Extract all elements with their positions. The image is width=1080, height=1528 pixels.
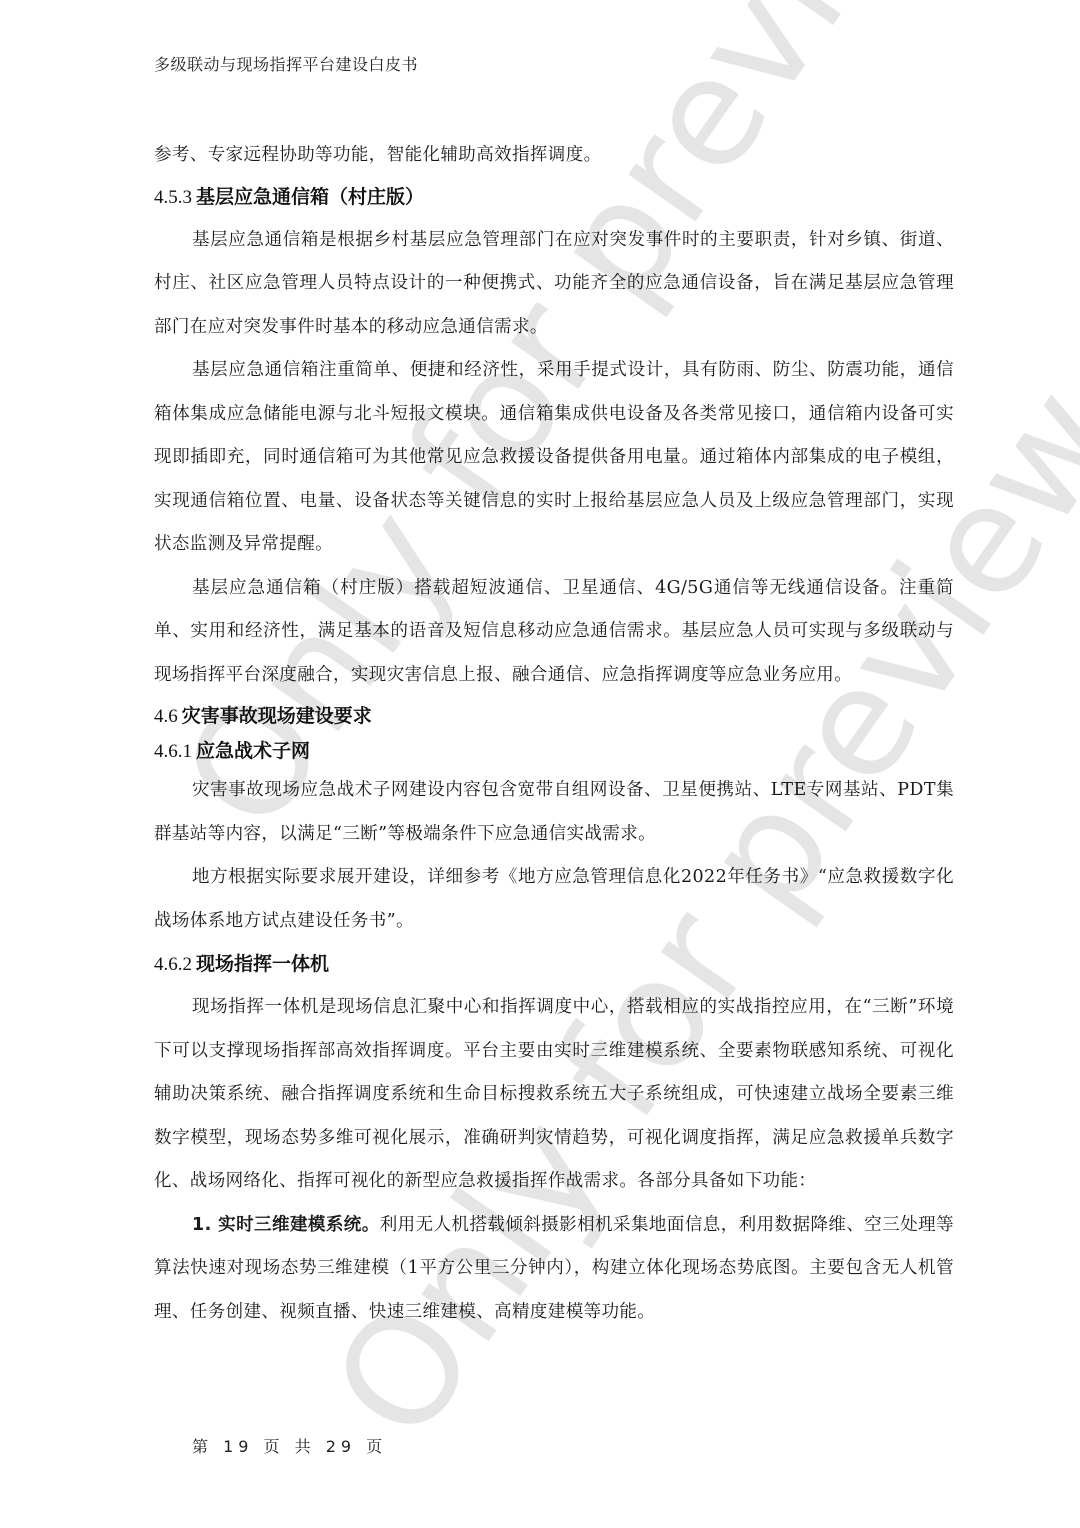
paragraph: 现场指挥一体机是现场信息汇聚中心和指挥调度中心，搭载相应的实战指控应用，在“三断… [154, 986, 954, 1204]
section-number: 4.6 [154, 706, 178, 727]
section-title: 应急战术子网 [196, 740, 310, 762]
page-content: 参考、专家远程协助等功能，智能化辅助高效指挥调度。 4.5.3基层应急通信箱（村… [154, 134, 954, 1334]
section-number: 4.6.1 [154, 741, 192, 762]
section-title: 现场指挥一体机 [196, 953, 329, 975]
paragraph: 基层应急通信箱注重简单、便捷和经济性，采用手提式设计，具有防雨、防尘、防震功能，… [154, 349, 954, 567]
section-title: 灾害事故现场建设要求 [182, 705, 372, 727]
continued-paragraph: 参考、专家远程协助等功能，智能化辅助高效指挥调度。 [154, 134, 954, 178]
section-title: 基层应急通信箱（村庄版） [196, 186, 424, 208]
heading-4-6: 4.6灾害事故现场建设要求 [154, 699, 954, 734]
page-footer: 第 19 页 共 29 页 [192, 1434, 387, 1457]
section-number: 4.5.3 [154, 187, 192, 208]
paragraph: 基层应急通信箱是根据乡村基层应急管理部门在应对突发事件时的主要职责，针对乡镇、街… [154, 219, 954, 350]
paragraph: 灾害事故现场应急战术子网建设内容包含宽带自组网设备、卫星便携站、LTE专网基站、… [154, 769, 954, 856]
item-lead: 1. 实时三维建模系统。 [192, 1215, 380, 1235]
document-page: Only for preview Only for preview 多级联动与现… [0, 0, 1080, 1528]
heading-4-6-1: 4.6.1应急战术子网 [154, 734, 954, 769]
running-header: 多级联动与现场指挥平台建设白皮书 [154, 52, 418, 75]
paragraph: 基层应急通信箱（村庄版）搭载超短波通信、卫星通信、4G/5G通信等无线通信设备。… [154, 567, 954, 698]
paragraph: 地方根据实际要求展开建设，详细参考《地方应急管理信息化2022年任务书》“应急救… [154, 856, 954, 943]
section-number: 4.6.2 [154, 954, 192, 975]
heading-4-6-2: 4.6.2现场指挥一体机 [154, 943, 954, 986]
numbered-item-1: 1. 实时三维建模系统。利用无人机搭载倾斜摄影相机采集地面信息，利用数据降维、空… [154, 1204, 954, 1335]
heading-4-5-3: 4.5.3基层应急通信箱（村庄版） [154, 176, 954, 219]
